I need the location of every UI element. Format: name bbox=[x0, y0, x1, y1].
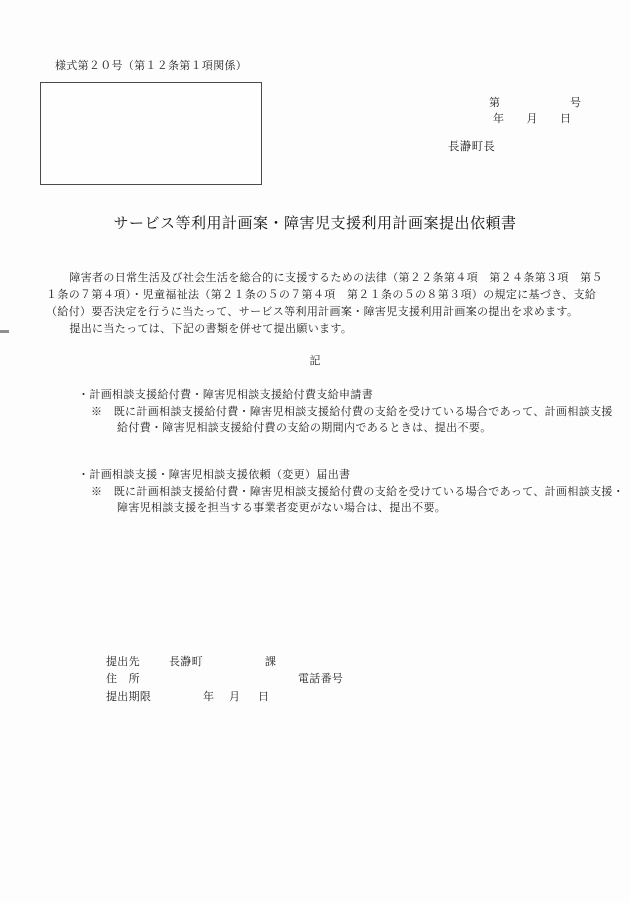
attachment-item-1: ・計画相談支援給付費・障害児相談支援給付費支給申請書 ※ 既に計画相談支援給付費… bbox=[78, 387, 613, 437]
attachment-item-note: 障害児相談支援を担当する事業者変更がない場合は、提出不要。 bbox=[117, 500, 624, 517]
document-page: 様式第２０号（第１２条第１項関係） 第 号 年 月 日 長瀞町長 サービス等利用… bbox=[0, 0, 630, 903]
attachment-item-note: ※ 既に計画相談支援給付費・障害児相談支援給付費の支給を受けている場合であって、… bbox=[91, 484, 624, 501]
body-line: １条の７第４項）・児童福祉法（第２１条の５の７第４項 第２１条の５の８第３項）の… bbox=[46, 287, 603, 304]
date-year-label: 年 bbox=[493, 110, 504, 126]
doc-number-suffix: 号 bbox=[570, 94, 581, 110]
form-number: 様式第２０号（第１２条第１項関係） bbox=[55, 60, 247, 73]
attachment-item-2: ・計画相談支援・障害児相談支援依頼（変更）届出書 ※ 既に計画相談支援給付費・障… bbox=[78, 467, 624, 517]
doc-number-prefix: 第 bbox=[489, 94, 500, 110]
date-day-label: 日 bbox=[560, 110, 571, 126]
document-title: サービス等利用計画案・障害児支援利用計画案提出依頼書 bbox=[0, 212, 630, 233]
attachment-item-note: ※ 既に計画相談支援給付費・障害児相談支援給付費の支給を受けている場合であって、… bbox=[91, 404, 613, 421]
submit-to-value: 長瀞町 bbox=[169, 653, 203, 669]
deadline-month-label: 月 bbox=[229, 688, 240, 704]
body-paragraph: 障害者の日常生活及び社会生活を総合的に支援するための法律（第２２条第４項 第２４… bbox=[46, 270, 603, 338]
document-number-line: 第 号 bbox=[489, 94, 581, 110]
body-line: 提出に当たっては、下記の書類を併せて提出願います。 bbox=[46, 321, 603, 338]
date-line: 年 月 日 bbox=[493, 110, 571, 126]
attachment-item-note: 給付費・障害児相談支援給付費の支給の期間内であるときは、提出不要。 bbox=[117, 420, 613, 437]
deadline-label: 提出期限 bbox=[106, 688, 151, 704]
address-label: 住 所 bbox=[106, 670, 140, 686]
page-edge-mark bbox=[0, 330, 9, 333]
date-month-label: 月 bbox=[527, 110, 538, 126]
addressee-name: 長瀞町長 bbox=[448, 141, 495, 155]
deadline-day-label: 日 bbox=[258, 688, 269, 704]
attachment-item-title: ・計画相談支援・障害児相談支援依頼（変更）届出書 bbox=[78, 467, 624, 484]
section-label: 課 bbox=[265, 653, 276, 669]
addressee-entry-box bbox=[40, 82, 262, 185]
ki-heading: 記 bbox=[0, 352, 630, 368]
body-line: （給付）要否決定を行うに当たって、サービス等利用計画案・障害児支援利用計画案の提… bbox=[46, 304, 603, 321]
phone-number-label: 電話番号 bbox=[298, 670, 343, 686]
attachment-item-title: ・計画相談支援給付費・障害児相談支援給付費支給申請書 bbox=[78, 387, 613, 404]
body-line: 障害者の日常生活及び社会生活を総合的に支援するための法律（第２２条第４項 第２４… bbox=[46, 270, 603, 287]
deadline-year-label: 年 bbox=[203, 688, 214, 704]
submit-to-label: 提出先 bbox=[106, 653, 140, 669]
